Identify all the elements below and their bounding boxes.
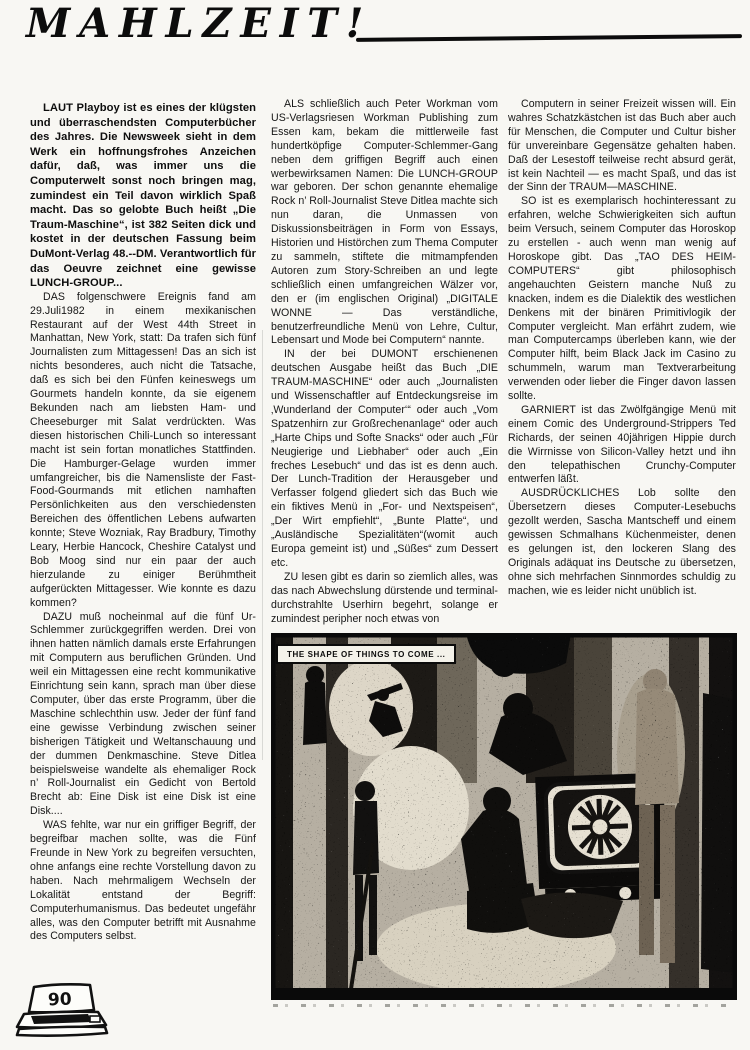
paragraph: ZU lesen gibt es darin so ziemlich alles… — [271, 571, 498, 626]
title-rule — [356, 34, 742, 41]
photo-caption-banner: THE SHAPE OF THINGS TO COME ... — [276, 644, 456, 664]
paragraph: WAS fehlte, war nur ein griffiger Begrif… — [30, 819, 256, 944]
page-title: MAHLZEIT! — [26, 0, 372, 47]
photo-cavemen-around-tv: THE SHAPE OF THINGS TO COME ... — [271, 633, 737, 1000]
paragraph: IN der bei DUMONT erschienenen deutschen… — [271, 348, 498, 571]
article-column-3: Computern in seiner Freizeit wissen will… — [508, 98, 736, 626]
grain-light — [271, 633, 737, 1000]
paragraph: DAZU muß nocheinmal auf die fünf Ur-Schl… — [30, 611, 256, 820]
paragraph: Computern in seiner Freizeit wissen will… — [508, 98, 736, 195]
photo-credit-line — [273, 1004, 731, 1007]
magazine-page: MAHLZEIT! LAUT Playboy ist es eines der … — [0, 0, 750, 1050]
article-column-2: ALS schließlich auch Peter Workman vom U… — [271, 98, 498, 626]
paragraph: ALS schließlich auch Peter Workman vom U… — [271, 98, 498, 348]
paragraph: DAS folgenschwere Ereignis fand am 29.Ju… — [30, 291, 256, 611]
computer-icon: 90 — [14, 982, 110, 1044]
paragraph: GARNIERT ist das Zwölfgängige Menü mit e… — [508, 404, 736, 487]
page-number: 90 — [48, 990, 73, 1011]
page-number-badge: 90 — [14, 982, 110, 1044]
article-column-1: LAUT Playboy ist es eines der klügsten u… — [30, 101, 256, 981]
paragraph: AUSDRÜCKLICHES Lob sollte den Übersetzer… — [508, 487, 736, 598]
paragraph: LAUT Playboy ist es eines der klügsten u… — [30, 101, 256, 291]
paragraph: SO ist es exemplarisch hochinteressant z… — [508, 195, 736, 404]
photo-illustration — [271, 633, 737, 1000]
scan-fold-line — [262, 330, 263, 760]
